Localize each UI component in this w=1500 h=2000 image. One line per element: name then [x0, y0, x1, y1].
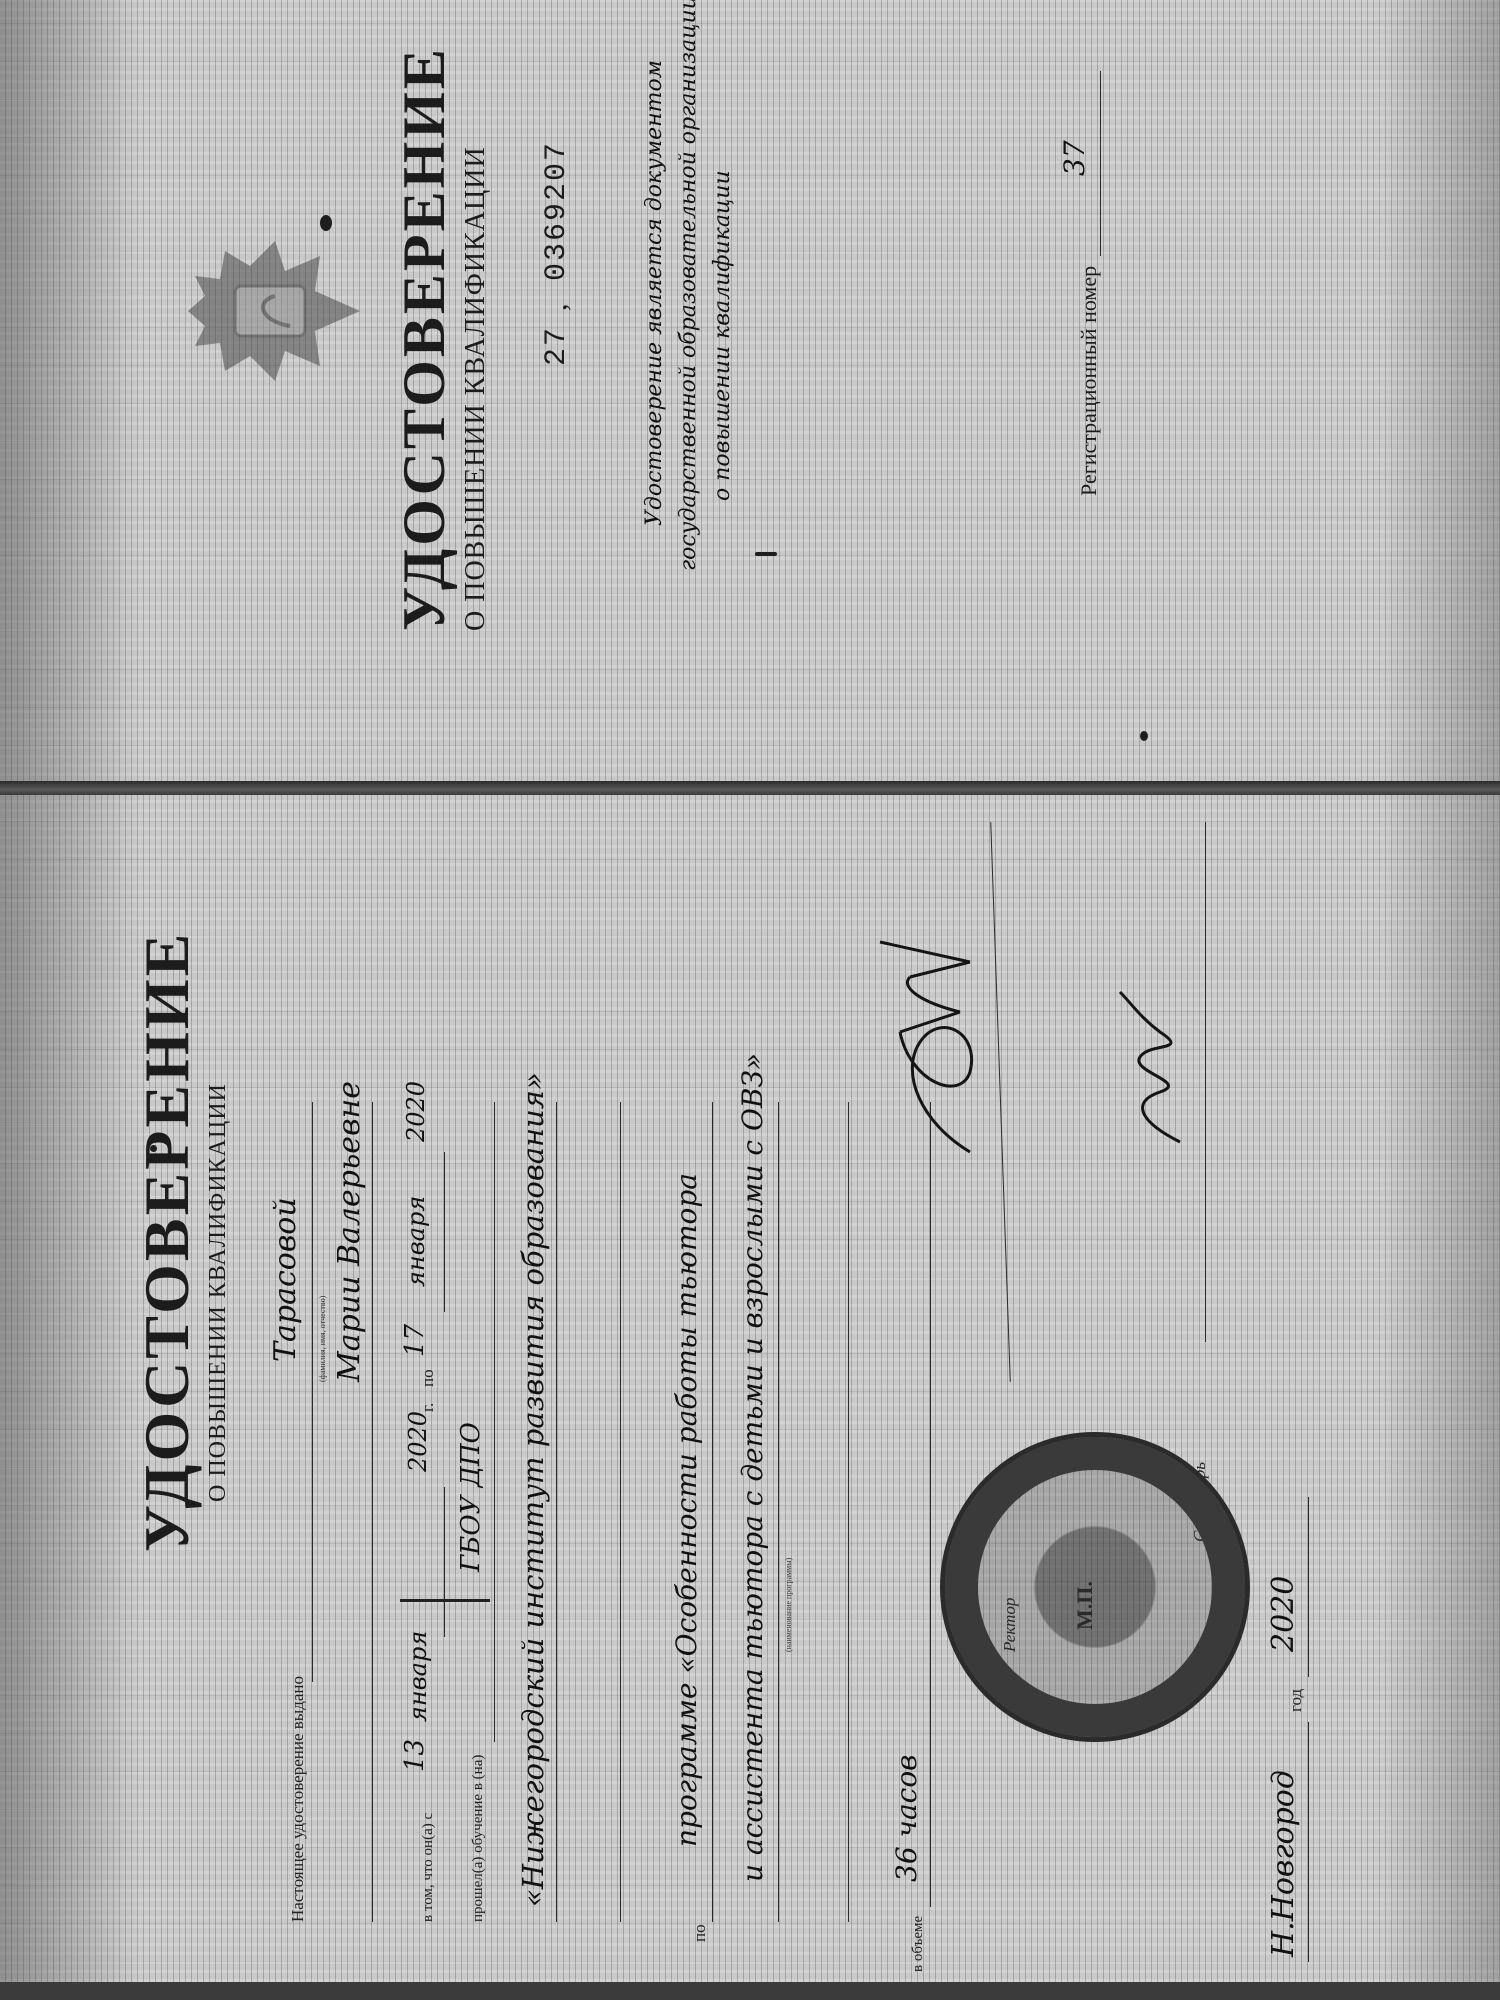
right-page: УДОСТОВЕРЕНИЕ О ПОВЫШЕНИИ КВАЛИФИКАЦИИ 2…	[0, 0, 1500, 781]
city-field: Н.Новгород	[1266, 1770, 1301, 1957]
right-page-subtitle: О ПОВЫШЕНИИ КВАЛИФИКАЦИИ	[460, 146, 492, 631]
date-from-year: 2020	[404, 1411, 432, 1472]
left-page: УДОСТОВЕРЕНИЕ О ПОВЫШЕНИИ КВАЛИФИКАЦИИ Н…	[0, 795, 1500, 1982]
scan-dust	[150, 1145, 157, 1152]
fullname-hint: (фамилия, имя, отчество)	[318, 1296, 327, 1382]
secretary-signature	[1100, 982, 1210, 1152]
blank-line-2	[848, 1102, 849, 1922]
scan-dust	[320, 215, 332, 231]
date-to-line	[444, 1152, 445, 1312]
volume-label: в объеме	[910, 1916, 927, 1972]
seal-label: М.П.	[1072, 1581, 1098, 1630]
registration-number: 37	[1058, 140, 1091, 176]
rector-signature	[860, 932, 1000, 1162]
certificate-series: 27	[540, 326, 574, 366]
institution-line	[556, 1102, 557, 1922]
program-line-1	[712, 1102, 713, 1922]
given-names-line	[372, 1102, 373, 1922]
city-line	[1308, 1722, 1309, 1962]
year-suffix-1: г.	[418, 1403, 438, 1412]
program-hint: (наименование программы)	[784, 1558, 793, 1652]
date-from-line	[444, 1487, 445, 1637]
institution-short: ГБОУ ДПО	[456, 1422, 486, 1572]
binding-edge	[0, 1982, 1500, 2000]
volume-value: 36 часов	[890, 1755, 923, 1882]
right-page-title: УДОСТОВЕРЕНИЕ	[390, 46, 459, 631]
date-to-month: января	[402, 1196, 430, 1287]
trained-at-label: прошел(а) обучение в (на)	[470, 1755, 487, 1922]
blank-line-1	[620, 1102, 621, 1922]
volume-line	[930, 1102, 931, 1907]
certificate-spread: УДОСТОВЕРЕНИЕ О ПОВЫШЕНИИ КВАЛИФИКАЦИИ Н…	[0, 0, 1500, 2000]
note-line-1: Удостоверение является документом	[642, 60, 667, 526]
note-line-2: государственной образовательной организа…	[676, 0, 701, 571]
book-spine	[0, 781, 1500, 795]
year-label: год	[1286, 1689, 1306, 1712]
period-prefix: в том, что он(а) с	[420, 1813, 437, 1922]
series-separator: ,	[540, 304, 574, 312]
surname-field: Тарасовой	[268, 1197, 303, 1362]
year-line	[1308, 1497, 1309, 1677]
given-names-field: Марии Валерьевне	[332, 1081, 367, 1382]
coat-of-arms-icon	[180, 231, 370, 391]
date-from-month: января	[404, 1631, 432, 1722]
program-line1: программе «Особенности работы тьютора	[670, 1173, 703, 1847]
left-page-title: УДОСТОВЕРЕНИЕ	[130, 931, 204, 1552]
date-to-day: 17	[400, 1324, 430, 1357]
scan-mark	[400, 1599, 490, 1602]
scan-mark	[755, 552, 777, 556]
registration-label: Регистрационный номер	[1076, 266, 1102, 496]
trained-at-line	[494, 1102, 495, 1742]
registration-line	[1100, 71, 1101, 256]
program-prefix: по	[690, 1924, 710, 1942]
left-page-subtitle: О ПОВЫШЕНИИ КВАЛИФИКАЦИИ	[205, 1083, 232, 1502]
issued-to-label: Настоящее удостоверение выдано	[288, 1676, 308, 1922]
program-line2: и ассистента тьютора с детьми и взрослым…	[736, 1053, 769, 1882]
issued-to-line	[312, 1102, 313, 1682]
date-from-day: 13	[400, 1739, 430, 1772]
date-to-year: 2020	[402, 1081, 430, 1142]
program-line-2	[778, 1102, 779, 1922]
certificate-number: 0369207	[540, 141, 574, 281]
scan-dust	[1140, 731, 1148, 741]
note-line-3: о повышении квалификации	[710, 170, 735, 501]
year-field: 2020	[1266, 1576, 1301, 1652]
institution-full: «Нижегородский институт развития образов…	[516, 1072, 550, 1907]
period-to-label: по	[418, 1369, 438, 1387]
